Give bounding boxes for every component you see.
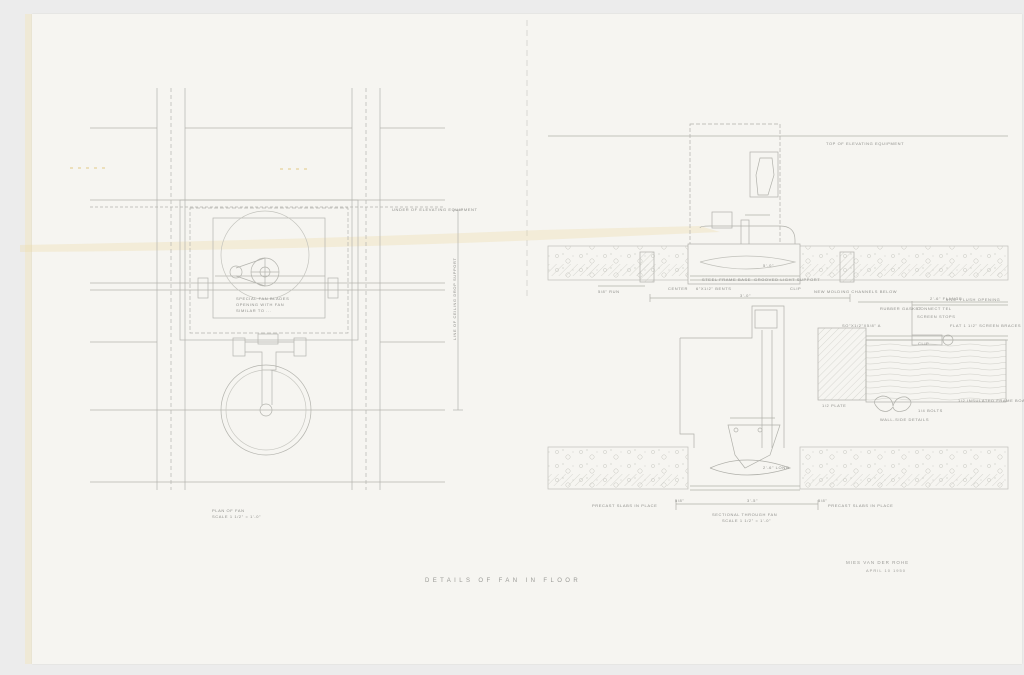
label-bents: 6"x1/2" BENTS <box>696 286 732 291</box>
fan-length: 2'-6" LONG <box>763 465 789 470</box>
plan-caption: PLAN OF FAN <box>212 508 245 513</box>
detail-bolts: 1/4 BOLTS <box>918 408 943 413</box>
detail-gasket: RUBBER GASKET <box>880 306 922 311</box>
dim-right: 5/8" <box>818 498 827 503</box>
label-frame-base: STEEL FRAME BASE <box>702 277 751 282</box>
left-slab-label: PRECAST SLABS IN PLACE <box>592 503 657 508</box>
detail-insulated: 1/2 INSULATED FRAME BOARD <box>958 398 1024 403</box>
detail-wall-side <box>818 301 1008 411</box>
yellow-stain <box>20 168 720 252</box>
fan-note-2: OPENING WITH FAN <box>236 302 284 307</box>
date: APRIL 10 1950 <box>866 568 906 573</box>
detail-stops: SCREEN STOPS <box>917 314 955 319</box>
dim-width: 3'-0" <box>740 293 751 298</box>
sheet-title: DETAILS OF FAN IN FLOOR <box>425 578 581 584</box>
plan-equipment-note: UNDER OF ELEVATING EQUIPMENT <box>392 207 478 212</box>
detail-clip: CLIP <box>918 341 929 346</box>
dim-left: 5/8" <box>675 498 684 503</box>
dim-fan: 5'-0" <box>763 263 774 268</box>
plan-vertical-note: LINE OF CEILING DROP SUPPORT <box>452 258 457 340</box>
architectural-drawing <box>0 0 1024 675</box>
dim-mid: 3'-5" <box>747 498 758 503</box>
label-clip: CLIP <box>790 286 801 291</box>
detail-flush: 5/16" FLUSH OPENING <box>946 297 1000 302</box>
label-light-support: GROOVED LIGHT SUPPORT <box>754 277 820 282</box>
section-scale: SCALE 1 1/2" = 1'-0" <box>722 518 771 523</box>
section-caption: SECTIONAL THROUGH FAN <box>712 512 777 517</box>
fan-note-3: SIMILAR TO ... <box>236 308 271 313</box>
plan-scale: SCALE 1 1/2" = 1'-0" <box>212 514 261 519</box>
top-equipment-note: TOP OF ELEVATING EQUIPMENT <box>826 141 904 146</box>
signature: MIES VAN DER ROHE <box>846 560 909 565</box>
detail-plate: 1/2 PLATE <box>822 403 846 408</box>
plan-view <box>90 88 463 490</box>
dim-run: 5/8" RUN <box>598 289 620 294</box>
label-molding: NEW MOLDING CHANNELS BELOW <box>814 289 897 294</box>
fan-note-1: SPECIAL FAN BLADES <box>236 296 289 301</box>
right-slab-label: PRECAST SLABS IN PLACE <box>828 503 893 508</box>
detail-caption: WALL-SIDE DETAILS <box>880 417 929 422</box>
detail-tel: CONNECT TEL <box>917 306 952 311</box>
detail-angle: SO"X1/2"X5/8" A <box>842 323 881 328</box>
detail-braces: FLAT 1 1/2" SCREEN BRACES <box>950 323 1021 328</box>
section-top <box>548 124 1008 302</box>
label-center: CENTER <box>668 286 688 291</box>
